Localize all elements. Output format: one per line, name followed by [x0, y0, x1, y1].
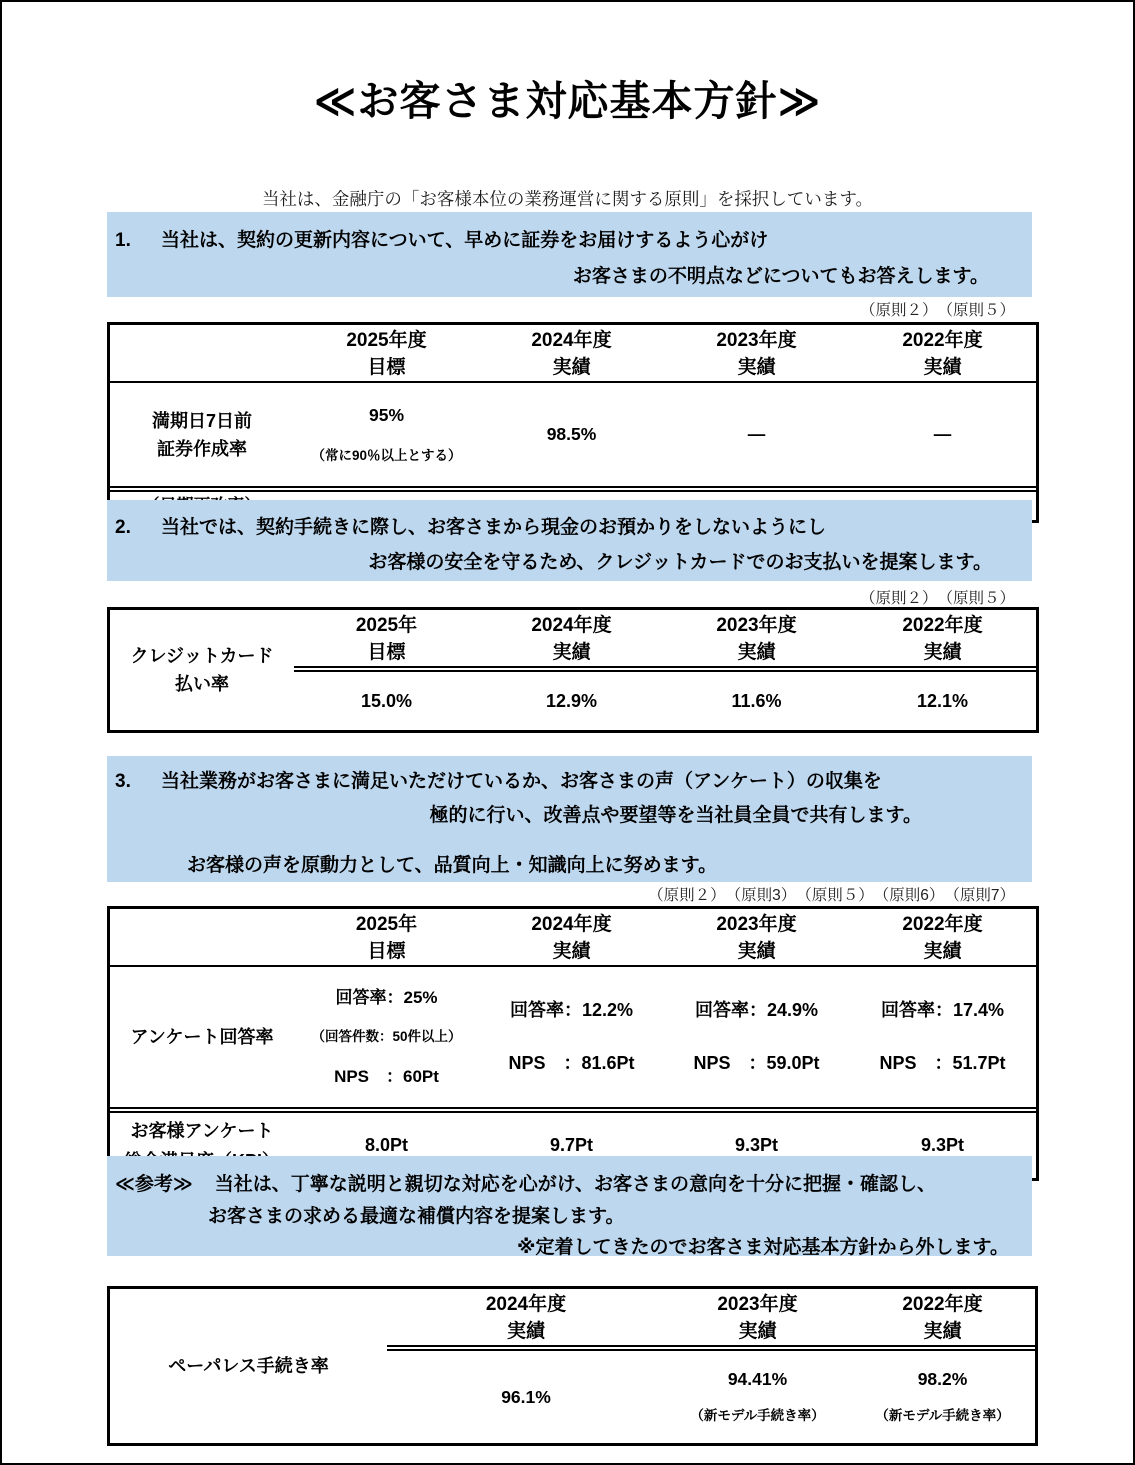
value-note: （新モデル手続き率）	[850, 1407, 1035, 1425]
paperless-table-grid: ペーパレス手続き率 2024年度 実績 2023年度 実績 2022年度 実績 …	[110, 1289, 1035, 1443]
value-cell: 95% （常に90％以上とする）	[294, 382, 479, 489]
year-header-cell: 2024年度 実績	[479, 909, 664, 966]
year-header-cell: 2022年度 実績	[850, 1289, 1035, 1348]
reference-line1: 当社は、丁寧な説明と親切な対応を心がけ、お客さまの意向を十分に把握・確認し、	[215, 1174, 936, 1195]
value-cell: 98.5%	[479, 382, 664, 489]
value-note: （常に90％以上とする）	[294, 447, 479, 465]
policy-2-table: クレジットカード 払い率 2025年 目標 2024年度 実績 2023年度 実…	[107, 607, 1039, 733]
value-cell: 94.41% （新モデル手続き率）	[665, 1348, 850, 1443]
value-cell: ―	[664, 382, 849, 489]
value-text: 回答率：24.9%	[664, 993, 849, 1028]
policy-1-line1-row: 1.当社は、契約の更新内容について、早めに証券をお届けするよう心がけ	[107, 225, 1032, 252]
year-header-cell: 2022年度 実績	[849, 909, 1036, 966]
corner-cell	[110, 325, 294, 382]
policy-1-line2: お客さまの不明点などについてもお答えします。	[107, 261, 1032, 288]
document-page: ≪お客さま対応基本方針≫ 当社は、金融庁の「お客様本位の業務運営に関する原則」を…	[0, 0, 1135, 1465]
value-text: 98.2%	[850, 1369, 1035, 1389]
paperless-table: ペーパレス手続き率 2024年度 実績 2023年度 実績 2022年度 実績 …	[107, 1286, 1038, 1446]
value-cell: 12.1%	[849, 669, 1036, 730]
policy-2-callout: 2.当社では、契約手続きに際し、お客さまから現金のお預かりをしないようにし お客…	[107, 500, 1032, 581]
policy-1-table-grid: 2025年度 目標 2024年度 実績 2023年度 実績 2022年度 実績 …	[110, 325, 1036, 520]
corner-cell	[110, 909, 294, 966]
value-cell: 12.9%	[479, 669, 664, 730]
year-header-cell: 2024年度 実績	[479, 325, 664, 382]
year-header-cell: 2022年度 実績	[849, 610, 1036, 669]
policy-3-line1: 当社業務がお客さまに満足いただけているか、お客さまの声（アンケート）の収集を	[161, 771, 882, 792]
page-subtitle: 当社は、金融庁の「お客様本位の業務運営に関する原則」を採択しています。	[2, 186, 1133, 211]
value-text: 回答率：17.4%	[849, 993, 1036, 1028]
reference-line3: ※定着してきたのでお客さま対応基本方針から外します。	[107, 1232, 1032, 1259]
policy-2-principles: （原則２） （原則５）	[107, 586, 1032, 608]
value-cell: 回答率：17.4% NPS ：51.7Pt	[849, 966, 1036, 1110]
policy-1-table: 2025年度 目標 2024年度 実績 2023年度 実績 2022年度 実績 …	[107, 322, 1039, 523]
year-header-cell: 2023年度 実績	[664, 325, 849, 382]
policy-3-table-grid: 2025年 目標 2024年度 実績 2023年度 実績 2022年度 実績 ア…	[110, 909, 1036, 1178]
year-header-cell: 2023年度 実績	[664, 909, 849, 966]
value-text: NPS ：59.0Pt	[664, 1046, 849, 1081]
policy-2-table-grid: クレジットカード 払い率 2025年 目標 2024年度 実績 2023年度 実…	[110, 610, 1036, 730]
value-cell: 回答率：12.2% NPS ：81.6Pt	[479, 966, 664, 1110]
value-cell: 回答率：24.9% NPS ：59.0Pt	[664, 966, 849, 1110]
value-text: NPS ：81.6Pt	[479, 1046, 664, 1081]
year-header-cell: 2023年度 実績	[664, 610, 849, 669]
value-text: 回答率：12.2%	[479, 993, 664, 1028]
value-note: （回答件数：50件以上）	[294, 1028, 479, 1046]
policy-1-number: 1.	[115, 230, 161, 252]
policy-1-principles: （原則２） （原則５）	[107, 298, 1032, 320]
page-title: ≪お客さま対応基本方針≫	[2, 68, 1133, 127]
value-cell: 回答率：25% （回答件数：50件以上） NPS ：60Pt	[294, 966, 479, 1110]
value-text: 94.41%	[665, 1369, 850, 1389]
policy-3-number: 3.	[115, 771, 161, 793]
value-cell: ―	[849, 382, 1036, 489]
value-note: （新モデル手続き率）	[665, 1407, 850, 1425]
year-header-cell: 2022年度 実績	[849, 325, 1036, 382]
policy-2-line1: 当社では、契約手続きに際し、お客さまから現金のお預かりをしないようにし	[161, 517, 826, 538]
policy-3-line3: お客様の声を原動力として、品質向上・知識向上に努めます。	[107, 850, 1032, 877]
policy-2-number: 2.	[115, 517, 161, 539]
policy-1-line1: 当社は、契約の更新内容について、早めに証券をお届けするよう心がけ	[161, 230, 768, 251]
year-header-cell: 2023年度 実績	[665, 1289, 850, 1348]
value-cell: 98.2% （新モデル手続き率）	[850, 1348, 1035, 1443]
row-label-cell: クレジットカード 払い率	[110, 610, 294, 730]
value-text: NPS ：51.7Pt	[849, 1046, 1036, 1081]
policy-3-table: 2025年 目標 2024年度 実績 2023年度 実績 2022年度 実績 ア…	[107, 906, 1039, 1181]
reference-line2: お客さまの求める最適な補償内容を提案します。	[107, 1201, 1032, 1228]
policy-3-line2: 極的に行い、改善点や要望等を当社員全員で共有します。	[107, 800, 1032, 827]
year-header-cell: 2025年 目標	[294, 909, 479, 966]
reference-callout: ≪参考≫当社は、丁寧な説明と親切な対応を心がけ、お客さまの意向を十分に把握・確認…	[107, 1156, 1032, 1256]
policy-1-callout: 1.当社は、契約の更新内容について、早めに証券をお届けするよう心がけ お客さまの…	[107, 212, 1032, 297]
value-text: 96.1%	[387, 1386, 665, 1408]
reference-marker: ≪参考≫	[115, 1169, 193, 1196]
row-label-cell: アンケート回答率	[110, 966, 294, 1110]
value-text: NPS ：60Pt	[294, 1064, 479, 1089]
year-header-cell: 2024年度 実績	[479, 610, 664, 669]
value-cell: 11.6%	[664, 669, 849, 730]
row-label-cell: 満期日7日前 証券作成率	[110, 382, 294, 489]
policy-3-callout: 3.当社業務がお客さまに満足いただけているか、お客さまの声（アンケート）の収集を…	[107, 756, 1032, 882]
value-text: 回答率：25%	[294, 985, 479, 1010]
year-header-cell: 2025年度 目標	[294, 325, 479, 382]
value-text: 95%	[294, 404, 479, 426]
policy-2-line2: お客様の安全を守るため、クレジットカードでのお支払いを提案します。	[107, 547, 1032, 574]
row-label-cell: ペーパレス手続き率	[110, 1289, 387, 1443]
year-header-cell: 2024年度 実績	[387, 1289, 665, 1348]
policy-3-principles: （原則２） （原則3） （原則５） （原則6） （原則7）	[107, 883, 1032, 905]
value-cell: 15.0%	[294, 669, 479, 730]
value-cell: 96.1%	[387, 1348, 665, 1443]
policy-2-line1-row: 2.当社では、契約手続きに際し、お客さまから現金のお預かりをしないようにし	[107, 512, 1032, 539]
policy-3-line1-row: 3.当社業務がお客さまに満足いただけているか、お客さまの声（アンケート）の収集を	[107, 766, 1032, 793]
year-header-cell: 2025年 目標	[294, 610, 479, 669]
reference-line1-row: ≪参考≫当社は、丁寧な説明と親切な対応を心がけ、お客さまの意向を十分に把握・確認…	[107, 1169, 1032, 1196]
